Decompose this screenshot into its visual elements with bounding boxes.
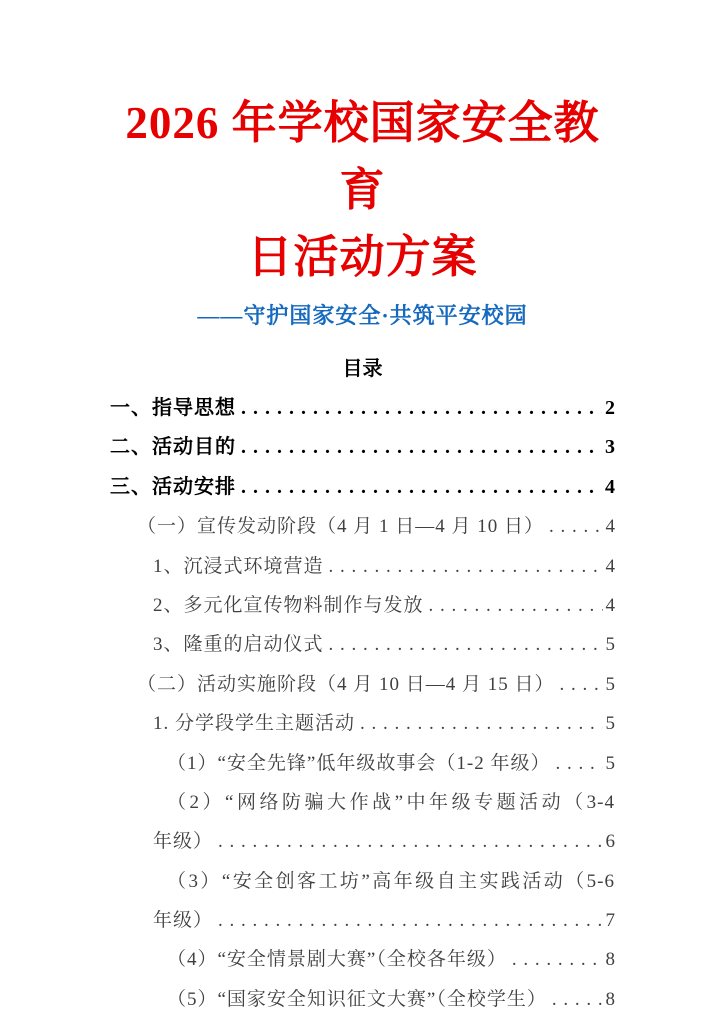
toc-entry-label: （5）“国家安全知识征文大赛”（全校学生）	[167, 980, 547, 1019]
toc-row: （4）“安全情景剧大赛”（全校各年级）. . . . . . . . . . .…	[110, 940, 615, 979]
toc-entry-label: 一、指导思想	[110, 389, 236, 428]
toc-entry-label: （一）宣传发动阶段（4 月 1 日—4 月 10 日）	[137, 507, 544, 546]
toc-entry-label: （4）“安全情景剧大赛”（全校各年级）	[167, 940, 507, 979]
toc-page-number: 4	[605, 468, 615, 507]
toc-dot-leader: . . . . . . . . . . . . . . . . . . . . …	[360, 704, 602, 743]
document-page: 2026 年学校国家安全教育 日活动方案 ——守护国家安全·共筑平安校园 目录 …	[0, 0, 724, 1024]
toc-row: （5）“国家安全知识征文大赛”（全校学生）. . . . . . . . . .…	[110, 980, 615, 1019]
toc-entry-label: 年级）	[153, 822, 213, 861]
toc-page-number: 4	[606, 586, 616, 625]
toc-page-number: 4	[606, 547, 616, 586]
toc-page-number: 7	[606, 901, 616, 940]
toc-entry-label: （二）活动实施阶段（4 月 10 日—4 月 15 日）	[137, 665, 555, 704]
toc-dot-leader: . . . . . . . . . . . . . . . . . . . . …	[241, 428, 602, 467]
toc-row: 1、沉浸式环境营造. . . . . . . . . . . . . . . .…	[110, 547, 615, 586]
toc-dot-leader: . . . . . . . . . . . . . . . . . . . . …	[549, 507, 602, 546]
toc-row: 3、隆重的启动仪式. . . . . . . . . . . . . . . .…	[110, 625, 615, 664]
toc-page-number: 8	[606, 980, 616, 1019]
toc-row: （3）“安全创客工坊”高年级自主实践活动（5-6	[110, 862, 615, 901]
toc-page-number: 8	[606, 940, 616, 979]
toc-entry-label: 3、隆重的启动仪式	[153, 625, 324, 664]
toc-row: 一、指导思想. . . . . . . . . . . . . . . . . …	[110, 389, 615, 428]
toc-row: （一）宣传发动阶段（4 月 1 日—4 月 10 日）. . . . . . .…	[110, 507, 615, 546]
toc-heading: 目录	[110, 352, 615, 381]
toc-entry-label: 2、多元化宣传物料制作与发放	[153, 586, 424, 625]
toc-page-number: 2	[605, 389, 615, 428]
toc-page-number: 4	[606, 507, 616, 546]
toc-row: （2）“网络防骗大作战”中年级专题活动（3-4	[110, 783, 615, 822]
toc-dot-leader: . . . . . . . . . . . . . . . . . . . . …	[555, 744, 602, 783]
toc-row: 2、多元化宣传物料制作与发放. . . . . . . . . . . . . …	[110, 586, 615, 625]
page-title-line1: 2026 年学校国家安全教育	[110, 90, 615, 224]
toc-page-number: 5	[606, 704, 616, 743]
toc-page-number: 5	[606, 625, 616, 664]
toc-page-number: 5	[606, 744, 616, 783]
toc-entry-label: 1. 分学段学生主题活动	[153, 704, 355, 743]
toc-dot-leader: . . . . . . . . . . . . . . . . . . . . …	[560, 665, 603, 704]
toc-dot-leader: . . . . . . . . . . . . . . . . . . . . …	[329, 625, 603, 664]
toc-dot-leader: . . . . . . . . . . . . . . . . . . . . …	[512, 940, 603, 979]
toc-dot-leader: . . . . . . . . . . . . . . . . . . . . …	[329, 547, 603, 586]
toc-row: （二）活动实施阶段（4 月 10 日—4 月 15 日）. . . . . . …	[110, 665, 615, 704]
toc-dot-leader: . . . . . . . . . . . . . . . . . . . . …	[429, 586, 603, 625]
toc-entry-label: （1）“安全先锋”低年级故事会（1-2 年级）	[167, 744, 550, 783]
page-subtitle: ——守护国家安全·共筑平安校园	[110, 299, 615, 330]
toc-row: 1. 分学段学生主题活动. . . . . . . . . . . . . . …	[110, 704, 615, 743]
toc-row: 二、活动目的. . . . . . . . . . . . . . . . . …	[110, 428, 615, 467]
toc-page-number: 3	[605, 428, 615, 467]
table-of-contents: 一、指导思想. . . . . . . . . . . . . . . . . …	[110, 389, 615, 1019]
toc-page-number: 5	[606, 665, 616, 704]
page-title-line2: 日活动方案	[110, 224, 615, 291]
toc-dot-leader: . . . . . . . . . . . . . . . . . . . . …	[552, 980, 603, 1019]
toc-row: 年级）. . . . . . . . . . . . . . . . . . .…	[110, 901, 615, 940]
toc-entry-label: 二、活动目的	[110, 428, 236, 467]
toc-row: （1）“安全先锋”低年级故事会（1-2 年级）. . . . . . . . .…	[110, 744, 615, 783]
page-title: 2026 年学校国家安全教育 日活动方案	[110, 90, 615, 291]
toc-entry-label: 年级）	[153, 901, 213, 940]
toc-dot-leader: . . . . . . . . . . . . . . . . . . . . …	[218, 901, 602, 940]
toc-dot-leader: . . . . . . . . . . . . . . . . . . . . …	[218, 822, 602, 861]
toc-entry-label: 三、活动安排	[110, 468, 236, 507]
toc-entry-label: 1、沉浸式环境营造	[153, 547, 324, 586]
toc-dot-leader: . . . . . . . . . . . . . . . . . . . . …	[241, 468, 602, 507]
toc-row: 三、活动安排. . . . . . . . . . . . . . . . . …	[110, 468, 615, 507]
toc-dot-leader: . . . . . . . . . . . . . . . . . . . . …	[241, 389, 602, 428]
toc-row: 年级）. . . . . . . . . . . . . . . . . . .…	[110, 822, 615, 861]
toc-page-number: 6	[606, 822, 616, 861]
